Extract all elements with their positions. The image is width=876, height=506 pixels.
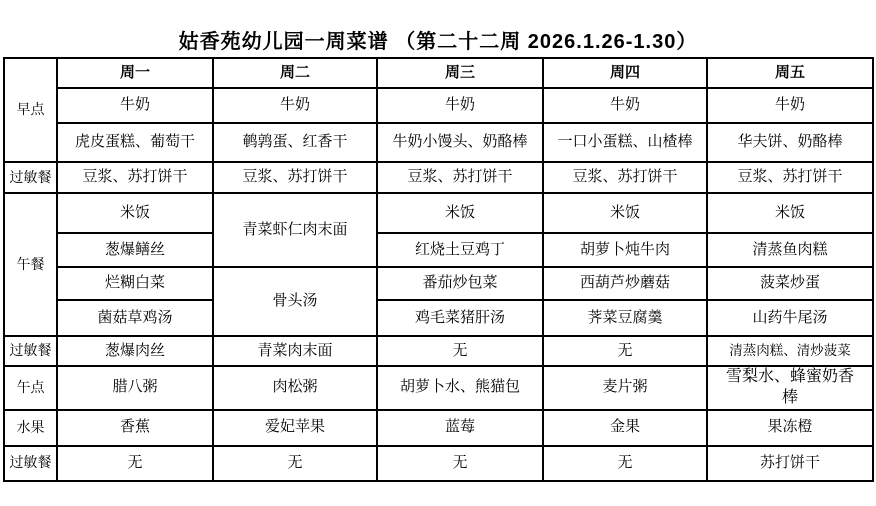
day-header-wed: 周三	[377, 58, 543, 88]
row-label-snack: 午点	[4, 366, 57, 410]
lunch-soup-row: 菌菇草鸡汤 鸡毛菜猪肝汤 荠菜豆腐羹 山药牛尾汤	[4, 300, 873, 336]
row-label-breakfast: 早点	[4, 58, 57, 162]
cell-allergy-lunch-fri: 清蒸肉糕、清炒菠菜	[707, 336, 873, 366]
row-label-lunch: 午餐	[4, 193, 57, 336]
cell-allergy-breakfast-thu: 豆浆、苏打饼干	[543, 162, 707, 193]
lunch-vegetable-row: 烂糊白菜 骨头汤 番茄炒包菜 西葫芦炒蘑菇 菠菜炒蛋	[4, 267, 873, 300]
cell-snack-tue: 肉松粥	[213, 366, 377, 410]
cell-snack-wed: 胡萝卜水、熊猫包	[377, 366, 543, 410]
cell-lunch-main-wed: 红烧土豆鸡丁	[377, 233, 543, 267]
day-header-thu: 周四	[543, 58, 707, 88]
cell-allergy-lunch-tue: 青菜肉末面	[213, 336, 377, 366]
cell-breakfast-food-mon: 虎皮蛋糕、葡萄干	[57, 123, 213, 162]
cell-lunch-vegetable-mon: 烂糊白菜	[57, 267, 213, 300]
cell-lunch-staple-thu: 米饭	[543, 193, 707, 233]
allergy-breakfast-row: 过敏餐 豆浆、苏打饼干 豆浆、苏打饼干 豆浆、苏打饼干 豆浆、苏打饼干 豆浆、苏…	[4, 162, 873, 193]
cell-lunch-main-mon: 葱爆鳝丝	[57, 233, 213, 267]
menu-page: 姑香苑幼儿园一周菜谱 （第二十二周 2026.1.26-1.30） 早点 周一 …	[0, 0, 876, 506]
cell-breakfast-food-wed: 牛奶小馒头、奶酪棒	[377, 123, 543, 162]
allergy-snack-row: 过敏餐 无 无 无 无 苏打饼干	[4, 446, 873, 481]
cell-allergy-snack-tue: 无	[213, 446, 377, 481]
cell-allergy-lunch-mon: 葱爆肉丝	[57, 336, 213, 366]
cell-allergy-breakfast-wed: 豆浆、苏打饼干	[377, 162, 543, 193]
cell-breakfast-food-fri: 华夫饼、奶酪棒	[707, 123, 873, 162]
cell-snack-mon: 腊八粥	[57, 366, 213, 410]
cell-lunch-soup-fri: 山药牛尾汤	[707, 300, 873, 336]
day-header-fri: 周五	[707, 58, 873, 88]
cell-lunch-staple-wed: 米饭	[377, 193, 543, 233]
cell-breakfast-drink-fri: 牛奶	[707, 88, 873, 123]
cell-lunch-staple-fri: 米饭	[707, 193, 873, 233]
cell-snack-thu: 麦片粥	[543, 366, 707, 410]
cell-fruit-mon: 香蕉	[57, 410, 213, 446]
snack-fri-text: 雪梨水、蜂蜜奶香棒	[719, 367, 861, 409]
page-title: 姑香苑幼儿园一周菜谱 （第二十二周 2026.1.26-1.30）	[0, 25, 876, 54]
cell-breakfast-food-thu: 一口小蛋糕、山楂棒	[543, 123, 707, 162]
row-label-fruit: 水果	[4, 410, 57, 446]
cell-lunch-staple-mon: 米饭	[57, 193, 213, 233]
cell-breakfast-food-tue: 鹌鹑蛋、红香干	[213, 123, 377, 162]
cell-breakfast-drink-wed: 牛奶	[377, 88, 543, 123]
cell-allergy-breakfast-mon: 豆浆、苏打饼干	[57, 162, 213, 193]
day-header-tue: 周二	[213, 58, 377, 88]
cell-lunch-soup-wed: 鸡毛菜猪肝汤	[377, 300, 543, 336]
fruit-row: 水果 香蕉 爱妃苹果 蓝莓 金果 果冻橙	[4, 410, 873, 446]
cell-fruit-fri: 果冻橙	[707, 410, 873, 446]
cell-breakfast-drink-tue: 牛奶	[213, 88, 377, 123]
cell-lunch-soup-thu: 荠菜豆腐羹	[543, 300, 707, 336]
cell-lunch-vegetable-thu: 西葫芦炒蘑菇	[543, 267, 707, 300]
row-label-allergy-lunch: 过敏餐	[4, 336, 57, 366]
cell-allergy-snack-wed: 无	[377, 446, 543, 481]
cell-lunch-main-thu: 胡萝卜炖牛肉	[543, 233, 707, 267]
cell-allergy-snack-thu: 无	[543, 446, 707, 481]
cell-allergy-breakfast-tue: 豆浆、苏打饼干	[213, 162, 377, 193]
cell-breakfast-drink-mon: 牛奶	[57, 88, 213, 123]
cell-allergy-lunch-thu: 无	[543, 336, 707, 366]
menu-table: 早点 周一 周二 周三 周四 周五 牛奶 牛奶 牛奶 牛奶 牛奶 虎皮蛋糕、葡萄…	[3, 57, 874, 482]
header-row: 早点 周一 周二 周三 周四 周五	[4, 58, 873, 88]
cell-fruit-tue: 爱妃苹果	[213, 410, 377, 446]
cell-snack-fri: 雪梨水、蜂蜜奶香棒	[707, 366, 873, 410]
cell-lunch-main-fri: 清蒸鱼肉糕	[707, 233, 873, 267]
cell-allergy-lunch-wed: 无	[377, 336, 543, 366]
cell-allergy-snack-mon: 无	[57, 446, 213, 481]
day-header-mon: 周一	[57, 58, 213, 88]
allergy-lunch-row: 过敏餐 葱爆肉丝 青菜肉末面 无 无 清蒸肉糕、清炒菠菜	[4, 336, 873, 366]
cell-lunch-soup-tue: 骨头汤	[213, 267, 377, 336]
cell-lunch-noodle-tue: 青菜虾仁肉末面	[213, 193, 377, 267]
cell-fruit-wed: 蓝莓	[377, 410, 543, 446]
lunch-main-row: 葱爆鳝丝 红烧土豆鸡丁 胡萝卜炖牛肉 清蒸鱼肉糕	[4, 233, 873, 267]
row-label-allergy-breakfast: 过敏餐	[4, 162, 57, 193]
lunch-staple-row: 午餐 米饭 青菜虾仁肉末面 米饭 米饭 米饭	[4, 193, 873, 233]
breakfast-food-row: 虎皮蛋糕、葡萄干 鹌鹑蛋、红香干 牛奶小馒头、奶酪棒 一口小蛋糕、山楂棒 华夫饼…	[4, 123, 873, 162]
cell-lunch-soup-mon: 菌菇草鸡汤	[57, 300, 213, 336]
cell-allergy-breakfast-fri: 豆浆、苏打饼干	[707, 162, 873, 193]
cell-allergy-snack-fri: 苏打饼干	[707, 446, 873, 481]
row-label-allergy-snack: 过敏餐	[4, 446, 57, 481]
breakfast-drink-row: 牛奶 牛奶 牛奶 牛奶 牛奶	[4, 88, 873, 123]
snack-row: 午点 腊八粥 肉松粥 胡萝卜水、熊猫包 麦片粥 雪梨水、蜂蜜奶香棒	[4, 366, 873, 410]
cell-lunch-vegetable-fri: 菠菜炒蛋	[707, 267, 873, 300]
cell-breakfast-drink-thu: 牛奶	[543, 88, 707, 123]
cell-lunch-vegetable-wed: 番茄炒包菜	[377, 267, 543, 300]
cell-fruit-thu: 金果	[543, 410, 707, 446]
